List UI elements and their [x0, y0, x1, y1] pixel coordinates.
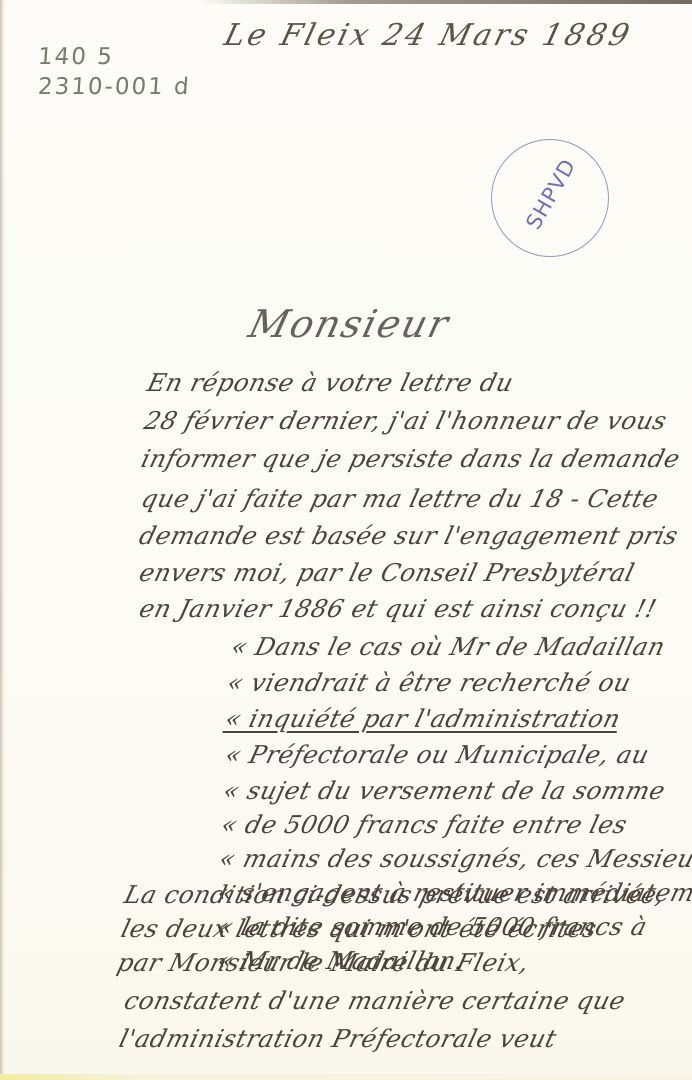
archive-reference-line2: 2310-001 d	[37, 74, 191, 100]
dateline: Le Fleix 24 Mars 1889	[221, 18, 636, 53]
quotation-line: « viendrait à être recherché ou	[224, 668, 634, 697]
paragraph1-line: 28 février dernier, j'ai l'honneur de vo…	[141, 406, 670, 435]
stamp-text: SHPVD	[518, 149, 584, 239]
letter-page: 140 5 2310-001 d Le Fleix 24 Mars 1889 S…	[0, 0, 692, 1080]
paragraph2-line: par Monsieur le Maire du Fleix,	[114, 948, 532, 977]
page-bottom-edge	[0, 1074, 692, 1080]
quotation-line: « de 5000 francs faite entre les	[218, 810, 630, 839]
quotation-line: « inquiété par l'administration	[222, 704, 623, 733]
paragraph1-line: envers moi, par le Conseil Presbytéral	[136, 558, 637, 587]
shpvd-stamp: SHPVD	[491, 139, 609, 257]
page-top-edge	[200, 0, 692, 4]
salutation: Monsieur	[245, 302, 455, 346]
quotation-line: « sujet du versement de la somme	[220, 776, 668, 805]
paragraph2-line: constatent d'une manière certaine que	[121, 986, 628, 1015]
paragraph1-line: informer que je persiste dans la demande	[138, 444, 683, 473]
paragraph1-line: que j'ai faite par ma lettre du 18 - Cet…	[138, 484, 661, 513]
archive-reference-line1: 140 5	[37, 44, 115, 70]
quotation-line: « Dans le cas où Mr de Madaillan	[228, 632, 668, 661]
quotation-line: « Préfectorale ou Municipale, au	[222, 740, 652, 769]
quotation-line: « mains des soussignés, ces Messieurs	[216, 844, 692, 873]
paragraph2-line: les deux lettres qui m'ont été écrites	[118, 914, 600, 943]
paragraph1-line: en Janvier 1886 et qui est ainsi conçu !…	[136, 594, 659, 623]
paragraph1-line: En réponse à votre lettre du	[144, 368, 516, 397]
paragraph1-line: demande est basée sur l'engagement pris	[136, 521, 681, 550]
paragraph2-line: La condition ci-dessus prévue est arrivé…	[121, 880, 668, 909]
paragraph2-line: l'administration Préfectorale veut	[116, 1024, 559, 1053]
